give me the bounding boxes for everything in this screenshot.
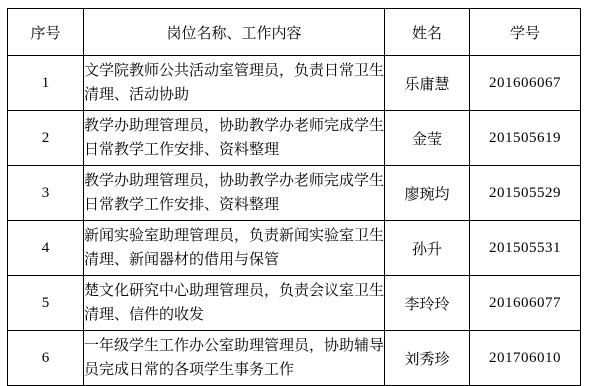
header-index: 序号 (8, 9, 84, 56)
row-index: 3 (8, 166, 84, 221)
row-student-id: 201606077 (470, 276, 581, 331)
row-index: 6 (8, 331, 84, 386)
row-index: 2 (8, 111, 84, 166)
row-index: 4 (8, 221, 84, 276)
table-row: 4 新闻实验室助理管理员，负责新闻实验室卫生清理、新闻器材的借用与保管 孙升 2… (8, 221, 581, 276)
row-position: 教学办助理管理员，协助教学办老师完成学生日常教学工作安排、资料整理 (84, 111, 385, 166)
row-student-id: 201505531 (470, 221, 581, 276)
row-name: 李玲玲 (385, 276, 470, 331)
row-student-id: 201505619 (470, 111, 581, 166)
row-name: 刘秀珍 (385, 331, 470, 386)
row-name: 金莹 (385, 111, 470, 166)
row-index: 1 (8, 56, 84, 111)
table-row: 5 楚文化研究中心助理管理员，负责会议室卫生清理、信件的收发 李玲玲 20160… (8, 276, 581, 331)
row-name: 乐庸慧 (385, 56, 470, 111)
header-row: 序号 岗位名称、工作内容 姓名 学号 (8, 9, 581, 56)
table-header: 序号 岗位名称、工作内容 姓名 学号 (8, 9, 581, 56)
row-index: 5 (8, 276, 84, 331)
header-student-id: 学号 (470, 9, 581, 56)
row-name: 廖琬均 (385, 166, 470, 221)
table-row: 6 一年级学生工作办公室助理管理员，协助辅导员完成日常的各项学生事务工作 刘秀珍… (8, 331, 581, 386)
row-position: 教学办助理管理员，协助教学办老师完成学生日常教学工作安排、资料整理 (84, 166, 385, 221)
row-position: 一年级学生工作办公室助理管理员，协助辅导员完成日常的各项学生事务工作 (84, 331, 385, 386)
table-row: 3 教学办助理管理员，协助教学办老师完成学生日常教学工作安排、资料整理 廖琬均 … (8, 166, 581, 221)
table-body: 1 文学院教师公共活动室管理员，负责日常卫生清理、活动协助 乐庸慧 201606… (8, 56, 581, 386)
row-position: 文学院教师公共活动室管理员，负责日常卫生清理、活动协助 (84, 56, 385, 111)
assignments-table: 序号 岗位名称、工作内容 姓名 学号 1 文学院教师公共活动室管理员，负责日常卫… (7, 8, 581, 386)
row-student-id: 201606067 (470, 56, 581, 111)
table-row: 2 教学办助理管理员，协助教学办老师完成学生日常教学工作安排、资料整理 金莹 2… (8, 111, 581, 166)
header-name: 姓名 (385, 9, 470, 56)
row-name: 孙升 (385, 221, 470, 276)
row-position: 楚文化研究中心助理管理员，负责会议室卫生清理、信件的收发 (84, 276, 385, 331)
row-student-id: 201706010 (470, 331, 581, 386)
row-student-id: 201505529 (470, 166, 581, 221)
row-position: 新闻实验室助理管理员，负责新闻实验室卫生清理、新闻器材的借用与保管 (84, 221, 385, 276)
header-position: 岗位名称、工作内容 (84, 9, 385, 56)
table-row: 1 文学院教师公共活动室管理员，负责日常卫生清理、活动协助 乐庸慧 201606… (8, 56, 581, 111)
